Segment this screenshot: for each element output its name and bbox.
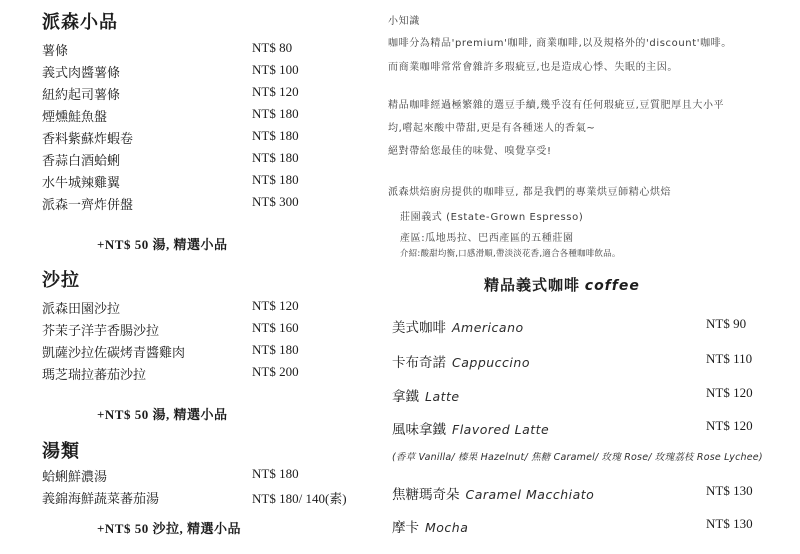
item-name: 義式肉醬薯條 bbox=[42, 65, 120, 80]
item-price: NT$ 180 bbox=[252, 172, 299, 188]
intro-line: 精品咖啡經過極繁雜的選豆手續,幾乎沒有任何瑕疵豆,豆質肥厚且大小平 bbox=[388, 96, 724, 111]
item-name: 煙燻鮭魚盤 bbox=[42, 109, 107, 124]
item-name: 蛤蜊鮮濃湯 bbox=[42, 469, 107, 484]
coffee-section-title: 精品義式咖啡 coffee bbox=[484, 274, 640, 295]
item-price: NT$ 180 bbox=[252, 342, 299, 358]
tips-title: 小知識 bbox=[388, 12, 420, 27]
item-name: 義錦海鮮蔬菜蕃茄湯 bbox=[42, 491, 159, 506]
combo-note-soups: +NT$ 50 沙拉, 精選小品 bbox=[97, 518, 241, 537]
item-name-en: Mocha bbox=[425, 520, 468, 535]
item-name: 派森田園沙拉 bbox=[42, 301, 120, 316]
desc-line: 介紹:酸甜均衡,口感滑順,帶淡淡花香,適合各種咖啡飲品。 bbox=[400, 247, 621, 259]
item-price: NT$ 180 bbox=[252, 466, 299, 482]
item-name-zh: 拿鐵 bbox=[392, 389, 419, 404]
item-name: 凱薩沙拉佐碳烤青醬雞肉 bbox=[42, 345, 185, 360]
item-price: NT$ 90 bbox=[706, 316, 746, 332]
menu-item: 薯條NT$ 80 bbox=[42, 40, 342, 62]
tips-line: 而商業咖啡常常會雜許多瑕疵豆,也是造成心悸、失眠的主因。 bbox=[388, 58, 678, 73]
item-name: 瑪芝瑞拉蕃茄沙拉 bbox=[42, 367, 146, 382]
menu-item: 派森田園沙拉NT$ 120 bbox=[42, 298, 342, 320]
item-price: NT$ 120 bbox=[706, 418, 753, 434]
intro-line: 均,嚐起來酸中帶甜,更是有各種迷人的香氣~ bbox=[388, 119, 595, 134]
menu-page: 派森小品 薯條NT$ 80 義式肉醬薯條NT$ 100 紐約起司薯條NT$ 12… bbox=[0, 0, 800, 554]
item-price: NT$ 160 bbox=[252, 320, 299, 336]
origin-line: 產區:瓜地馬拉、巴西產區的五種莊園 bbox=[400, 229, 574, 244]
menu-item: 煙燻鮭魚盤NT$ 180 bbox=[42, 106, 342, 128]
item-name-zh: 摩卡 bbox=[392, 520, 419, 535]
coffee-title-en: coffee bbox=[585, 278, 640, 294]
menu-item: 水牛城辣雞翼NT$ 180 bbox=[42, 172, 342, 194]
menu-item: 紐約起司薯條NT$ 120 bbox=[42, 84, 342, 106]
item-name-en: Flavored Latte bbox=[452, 422, 549, 437]
item-name: 香料紫蘇炸蝦卷 bbox=[42, 131, 133, 146]
item-name: 薯條 bbox=[42, 43, 68, 58]
item-name-zh: 美式咖啡 bbox=[392, 320, 446, 335]
item-price: NT$ 120 bbox=[706, 385, 753, 401]
menu-item: 凱薩沙拉佐碳烤青醬雞肉NT$ 180 bbox=[42, 342, 342, 364]
item-name-en: Cappuccino bbox=[452, 355, 530, 370]
menu-item: 派森一齊炸併盤NT$ 300 bbox=[42, 194, 342, 216]
item-price: NT$ 110 bbox=[706, 351, 752, 367]
intro-line: 絕對帶給您最佳的味覺、嗅覺享受! bbox=[388, 142, 552, 157]
menu-item: 瑪芝瑞拉蕃茄沙拉NT$ 200 bbox=[42, 364, 342, 386]
item-price: NT$ 80 bbox=[252, 40, 292, 56]
item-price: NT$ 120 bbox=[252, 298, 299, 314]
item-name: 派森一齊炸併盤 bbox=[42, 197, 133, 212]
item-name: 水牛城辣雞翼 bbox=[42, 175, 120, 190]
coffee-item: 焦糖瑪奇朵Caramel MacchiatoNT$ 130 bbox=[392, 483, 782, 503]
item-price: NT$ 180 bbox=[252, 150, 299, 166]
item-name-zh: 焦糖瑪奇朵 bbox=[392, 487, 460, 502]
item-price: NT$ 180 bbox=[252, 128, 299, 144]
menu-item: 義式肉醬薯條NT$ 100 bbox=[42, 62, 342, 84]
item-name: 芥茉子洋芋香腸沙拉 bbox=[42, 323, 159, 338]
combo-note-appetizers: +NT$ 50 湯, 精選小品 bbox=[97, 234, 227, 253]
menu-item: 香料紫蘇炸蝦卷NT$ 180 bbox=[42, 128, 342, 150]
menu-item: 義錦海鮮蔬菜蕃茄湯NT$ 180/ 140(素) bbox=[42, 488, 342, 510]
flavor-note: (香草 Vanilla/ 榛果 Hazelnut/ 焦糖 Caramel/ 玫瑰… bbox=[392, 449, 763, 463]
item-name-en: Caramel Macchiato bbox=[466, 487, 595, 502]
item-price: NT$ 120 bbox=[252, 84, 299, 100]
coffee-item: 拿鐵LatteNT$ 120 bbox=[392, 385, 782, 405]
item-name: 香蒜白酒蛤蜊 bbox=[42, 153, 120, 168]
roast-line: 派森烘焙廚房提供的咖啡豆, 都是我們的專業烘豆師精心烘焙 bbox=[388, 183, 671, 198]
item-name-en: Latte bbox=[425, 389, 460, 404]
section-title-salads: 沙拉 bbox=[42, 266, 80, 292]
item-name: 紐約起司薯條 bbox=[42, 87, 120, 102]
item-price: NT$ 200 bbox=[252, 364, 299, 380]
coffee-item: 卡布奇諾CappuccinoNT$ 110 bbox=[392, 351, 782, 371]
coffee-title-zh: 精品義式咖啡 bbox=[484, 278, 580, 294]
coffee-item: 美式咖啡AmericanoNT$ 90 bbox=[392, 316, 782, 336]
menu-item: 芥茉子洋芋香腸沙拉NT$ 160 bbox=[42, 320, 342, 342]
section-title-soups: 湯類 bbox=[42, 437, 80, 463]
item-price: NT$ 180/ 140(素) bbox=[252, 488, 347, 507]
coffee-item: 摩卡MochaNT$ 130 bbox=[392, 516, 782, 536]
item-price: NT$ 100 bbox=[252, 62, 299, 78]
section-title-appetizers: 派森小品 bbox=[42, 8, 118, 34]
item-price: NT$ 130 bbox=[706, 516, 753, 532]
estate-line: 莊園義式 (Estate-Grown Espresso) bbox=[400, 208, 583, 223]
coffee-item: 風味拿鐵Flavored LatteNT$ 120 bbox=[392, 418, 782, 438]
item-price: NT$ 300 bbox=[252, 194, 299, 210]
item-price: NT$ 130 bbox=[706, 483, 753, 499]
menu-item: 香蒜白酒蛤蜊NT$ 180 bbox=[42, 150, 342, 172]
item-name-zh: 風味拿鐵 bbox=[392, 422, 446, 437]
tips-line: 咖啡分為精品'premium'咖啡, 商業咖啡,以及規格外的'discount'… bbox=[388, 34, 732, 49]
menu-item: 蛤蜊鮮濃湯NT$ 180 bbox=[42, 466, 342, 488]
combo-note-salads: +NT$ 50 湯, 精選小品 bbox=[97, 404, 227, 423]
item-name-zh: 卡布奇諾 bbox=[392, 355, 446, 370]
item-price: NT$ 180 bbox=[252, 106, 299, 122]
item-name-en: Americano bbox=[452, 320, 524, 335]
